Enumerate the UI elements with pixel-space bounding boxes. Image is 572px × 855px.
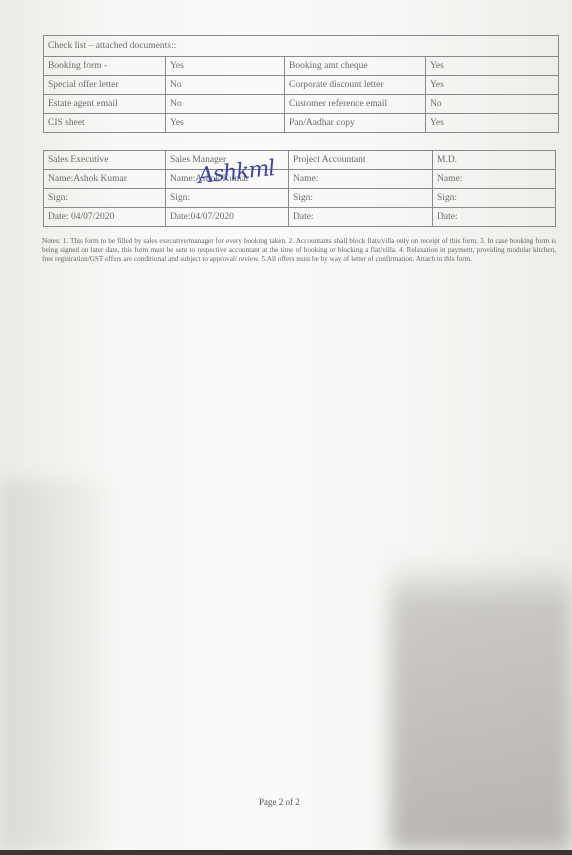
checklist-value: No bbox=[166, 76, 285, 95]
paper-shadow-right bbox=[390, 560, 572, 850]
checklist-value: No bbox=[426, 95, 559, 114]
checklist-table: Check list – attached documents:: Bookin… bbox=[43, 35, 559, 133]
date-field: Date: 04/07/2020 bbox=[44, 208, 166, 227]
sign-field: Sign: bbox=[289, 189, 433, 208]
signoff-date-row: Date: 04/07/2020 Date:04/07/2020 Date: D… bbox=[44, 208, 556, 227]
date-field: Date: bbox=[289, 208, 433, 227]
signoff-sign-row: Sign: Sign: Sign: Sign: bbox=[44, 189, 556, 208]
checklist-title-row: Check list – attached documents:: bbox=[44, 36, 559, 57]
sign-field: Sign: bbox=[166, 189, 289, 208]
name-field: Name: bbox=[433, 170, 556, 189]
checklist-item: Corporate discount letter bbox=[285, 76, 426, 95]
paper-shadow-left bbox=[0, 480, 120, 850]
signoff-table: Sales Executive Sales Manager Project Ac… bbox=[43, 150, 556, 227]
checklist-item: Special offer letter bbox=[44, 76, 166, 95]
checklist-item: Estate agent email bbox=[44, 95, 166, 114]
table-row: CIS sheet Yes Pan/Aadhar copy Yes bbox=[44, 114, 559, 133]
checklist-value: No bbox=[166, 95, 285, 114]
paper-bottom-edge bbox=[0, 850, 572, 855]
sign-field: Sign: bbox=[433, 189, 556, 208]
checklist-value: Yes bbox=[426, 114, 559, 133]
notes-paragraph: Notes: 1. This form to be filled by sale… bbox=[42, 237, 556, 264]
checklist-value: Yes bbox=[426, 57, 559, 76]
date-field: Date:04/07/2020 bbox=[166, 208, 289, 227]
signoff-name-row: Name:Ashok Kumar Name:Ashok Kumar Name: … bbox=[44, 170, 556, 189]
checklist-title: Check list – attached documents:: bbox=[44, 36, 559, 57]
checklist-value: Yes bbox=[426, 76, 559, 95]
checklist-item: CIS sheet bbox=[44, 114, 166, 133]
date-field: Date: bbox=[433, 208, 556, 227]
table-row: Estate agent email No Customer reference… bbox=[44, 95, 559, 114]
table-row: Special offer letter No Corporate discou… bbox=[44, 76, 559, 95]
role-project-accountant: Project Accountant bbox=[289, 151, 433, 170]
checklist-item: Customer reference email bbox=[285, 95, 426, 114]
signoff-header-row: Sales Executive Sales Manager Project Ac… bbox=[44, 151, 556, 170]
checklist-item: Booking form - bbox=[44, 57, 166, 76]
name-field: Name:Ashok Kumar bbox=[44, 170, 166, 189]
checklist-item: Booking amt cheque bbox=[285, 57, 426, 76]
name-field: Name: bbox=[289, 170, 433, 189]
table-row: Booking form - Yes Booking amt cheque Ye… bbox=[44, 57, 559, 76]
page-number: Page 2 of 2 bbox=[259, 797, 300, 807]
role-md: M.D. bbox=[433, 151, 556, 170]
sign-field: Sign: bbox=[44, 189, 166, 208]
checklist-value: Yes bbox=[166, 114, 285, 133]
role-sales-executive: Sales Executive bbox=[44, 151, 166, 170]
checklist-value: Yes bbox=[166, 57, 285, 76]
checklist-item: Pan/Aadhar copy bbox=[285, 114, 426, 133]
